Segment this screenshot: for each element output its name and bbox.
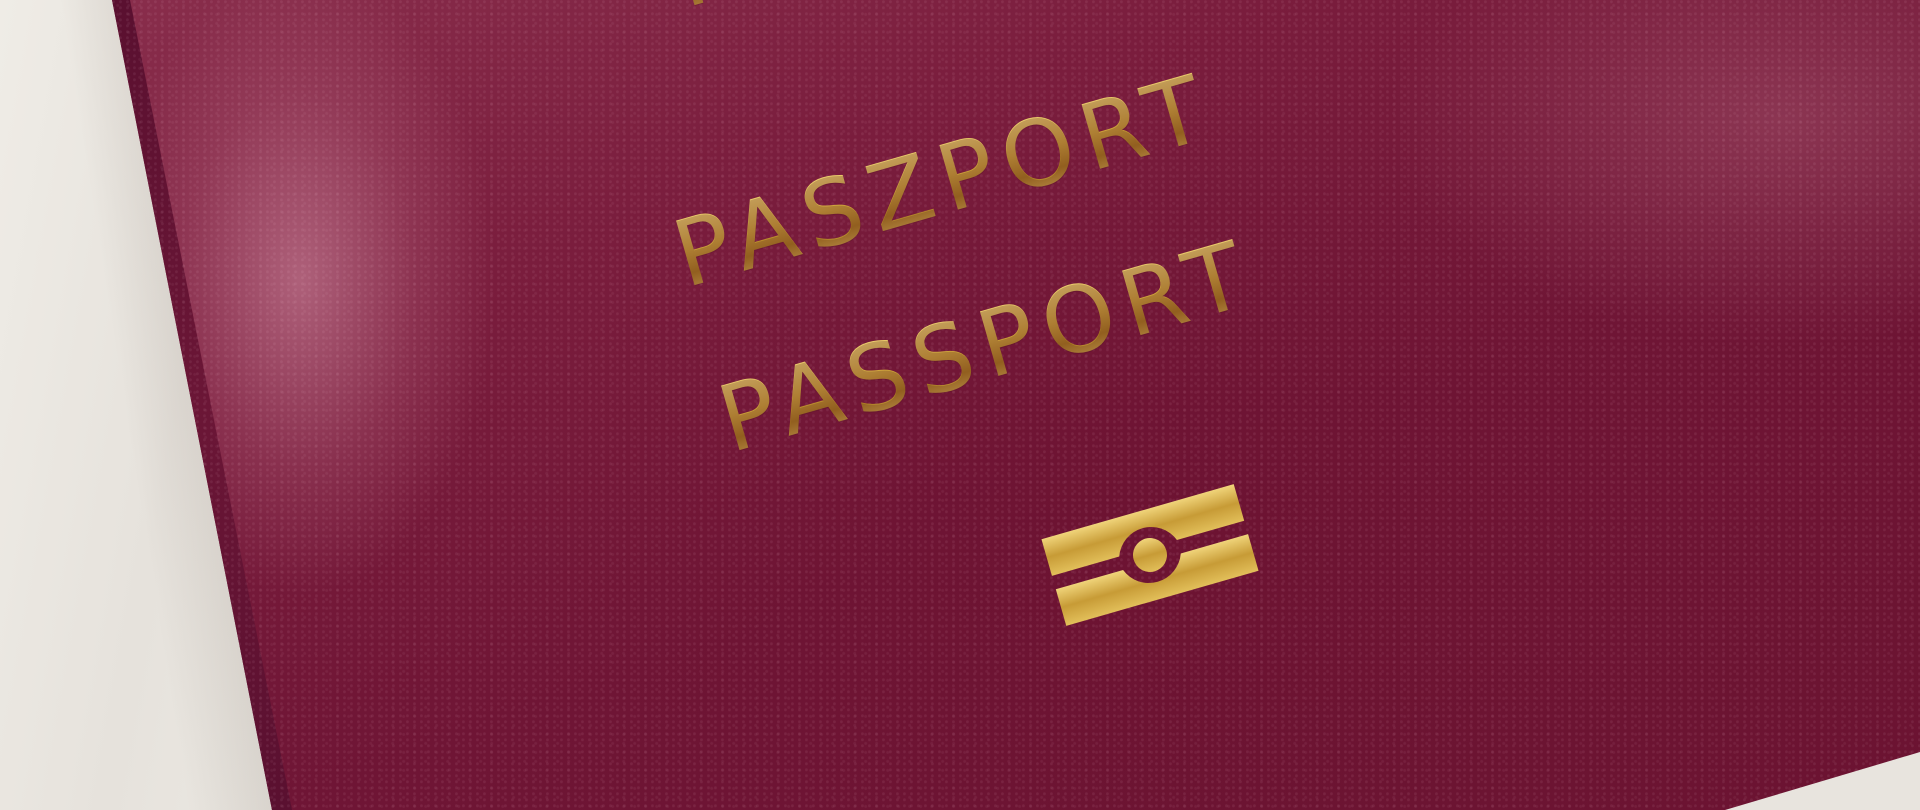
- leather-texture: [0, 0, 1920, 810]
